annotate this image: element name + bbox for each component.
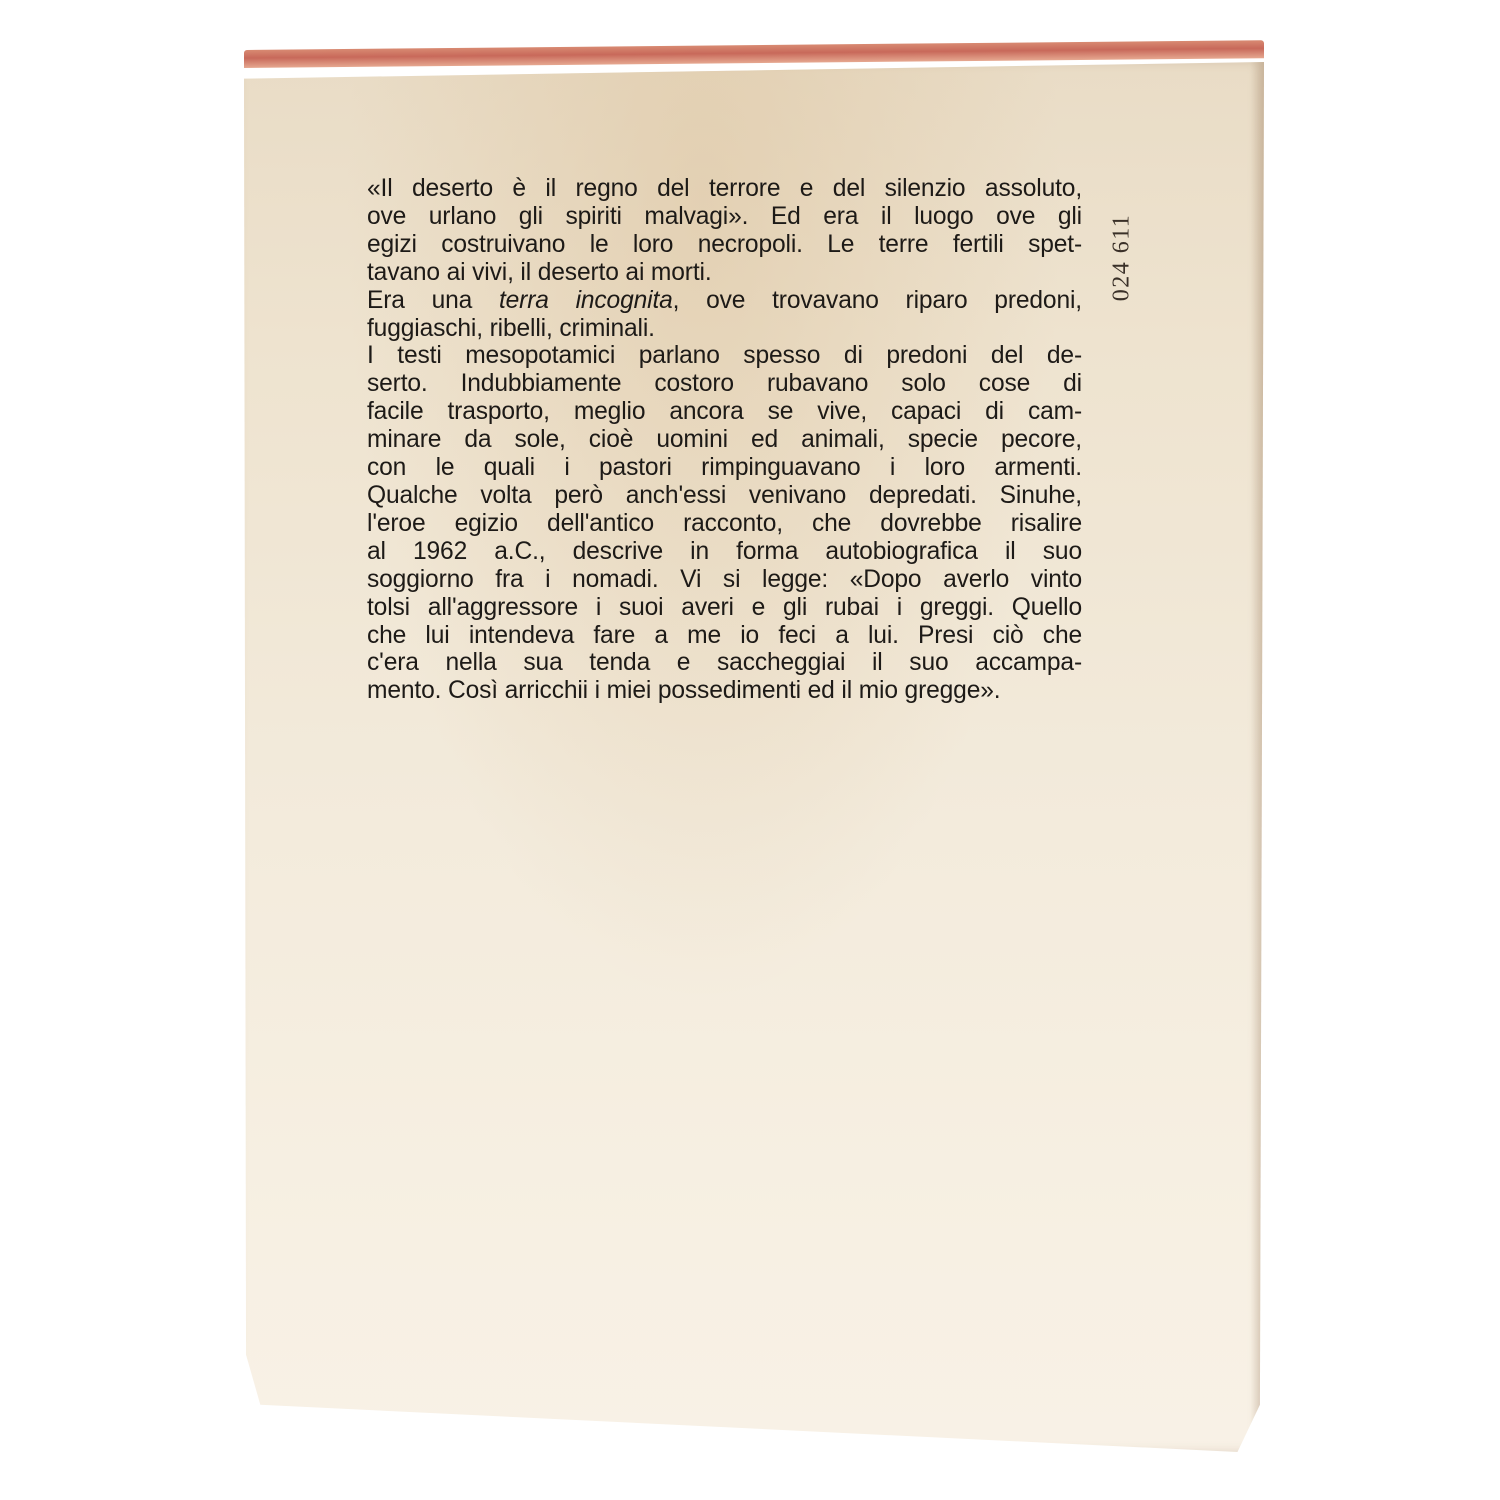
- blurb-line: facile trasporto, meglio ancora se vive,…: [367, 398, 1082, 426]
- blurb-line: I testi mesopotamici parlano spesso di p…: [367, 342, 1082, 370]
- blurb-line: con le quali i pastori rimpinguavano i l…: [367, 454, 1082, 482]
- blurb-line: soggiorno fra i nomadi. Vi si legge: «Do…: [367, 566, 1082, 594]
- blurb-line: tavano ai vivi, il deserto ai morti.: [367, 259, 1082, 287]
- blurb-line: serto. Indubbiamente costoro rubavano so…: [367, 370, 1082, 398]
- cover-edge-shadow: [1250, 62, 1264, 1452]
- blurb-italic-phrase: terra incognita: [499, 287, 673, 314]
- blurb-line: fuggiaschi, ribelli, criminali.: [367, 315, 1082, 343]
- catalog-number: 024 611: [1102, 187, 1142, 327]
- book-top-edge: [244, 40, 1264, 68]
- blurb-line: che lui intendeva fare a me io feci a lu…: [367, 622, 1082, 650]
- blurb-line: al 1962 a.C., descrive in forma autobiog…: [367, 538, 1082, 566]
- catalog-number-text: 024 611: [1109, 213, 1136, 301]
- blurb-line: c'era nella sua tenda e saccheggiai il s…: [367, 649, 1082, 677]
- book-back-cover: «Il deserto è il regno del terrore e del…: [244, 62, 1264, 1452]
- blurb-line: l'eroe egizio dell'antico racconto, che …: [367, 510, 1082, 538]
- blurb-line: Qualche volta però anch'essi venivano de…: [367, 482, 1082, 510]
- blurb-line: Era una terra incognita, ove trovavano r…: [367, 287, 1082, 315]
- blurb-line: mento. Così arricchii i miei possediment…: [367, 677, 1082, 705]
- back-cover-blurb: «Il deserto è il regno del terrore e del…: [367, 175, 1082, 705]
- blurb-line: tolsi all'aggressore i suoi averi e gli …: [367, 594, 1082, 622]
- blurb-line: egizi costruivano le loro necropoli. Le …: [367, 231, 1082, 259]
- blurb-line: minare da sole, cioè uomini ed animali, …: [367, 426, 1082, 454]
- blurb-line: ove urlano gli spiriti malvagi». Ed era …: [367, 203, 1082, 231]
- blurb-line: «Il deserto è il regno del terrore e del…: [367, 175, 1082, 203]
